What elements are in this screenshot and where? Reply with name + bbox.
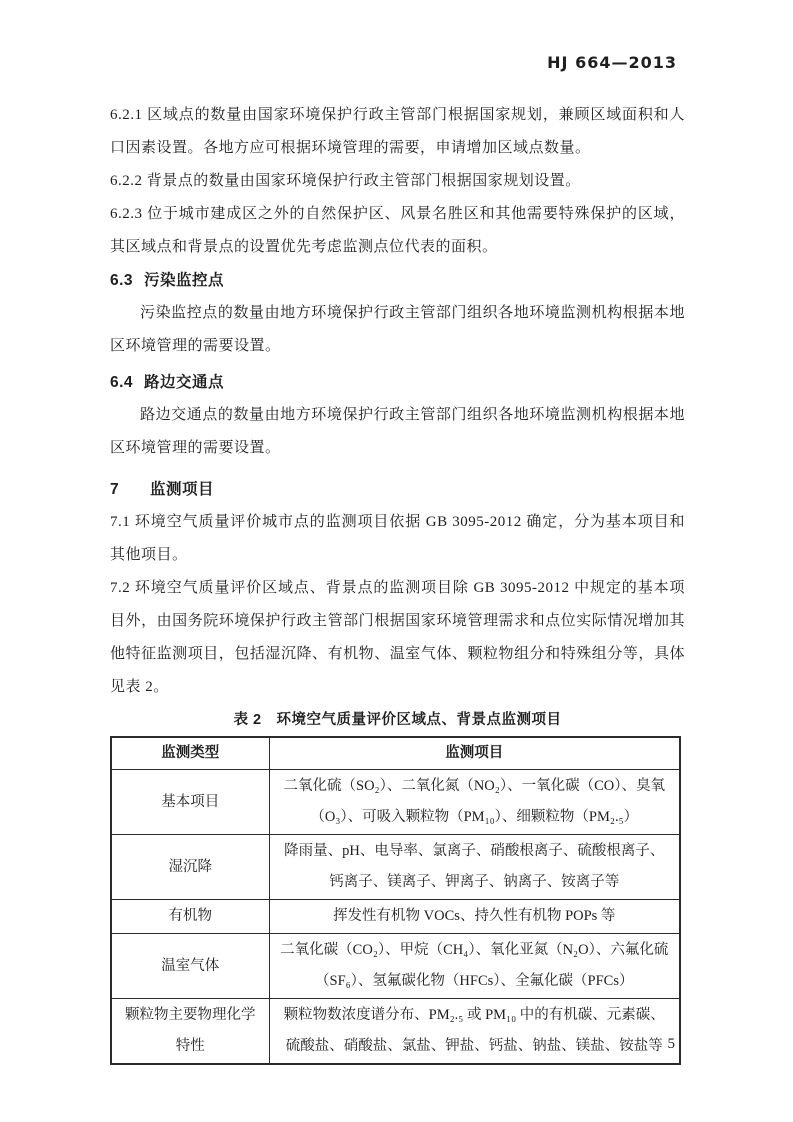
column-header-items: 监测项目 [269, 737, 680, 770]
cell-monitor-type: 基本项目 [111, 770, 269, 835]
cell-monitor-items: 颗粒物数浓度谱分布、PM₂.₅ 或 PM₁₀ 中的有机碳、元素碳、硫酸盐、硝酸盐… [269, 999, 680, 1065]
table-caption: 表 2 环境空气质量评价区域点、背景点监测项目 [110, 704, 685, 736]
table-header-row: 监测类型 监测项目 [111, 737, 680, 770]
cell-monitor-items: 二氧化碳（CO₂）、甲烷（CH₄）、氧化亚氮（N₂O）、六氟化硫（SF₆）、氢氟… [269, 934, 680, 999]
page-content: 6.2.1 区域点的数量由国家环境保护行政主管部门根据国家规划，兼顾区域面积和人… [110, 99, 685, 1065]
table-row: 有机物 挥发性有机物 VOCs、持久性有机物 POPs 等 [111, 900, 680, 934]
table-row: 基本项目 二氧化硫（SO₂）、二氧化氮（NO₂）、一氧化碳（CO）、臭氧（O₃）… [111, 770, 680, 835]
table-row: 颗粒物主要物理化学特性 颗粒物数浓度谱分布、PM₂.₅ 或 PM₁₀ 中的有机碳… [111, 999, 680, 1065]
paragraph-6-3: 污染监控点的数量由地方环境保护行政主管部门组织各地环境监测机构根据本地区环境管理… [110, 297, 685, 363]
table-row: 湿沉降 降雨量、pH、电导率、氯离子、硝酸根离子、硫酸根离子、钙离子、镁离子、钾… [111, 835, 680, 900]
clause-6-2-1: 6.2.1 区域点的数量由国家环境保护行政主管部门根据国家规划，兼顾区域面积和人… [110, 99, 685, 165]
column-header-type: 监测类型 [111, 737, 269, 770]
heading-6-3: 6.3污染监控点 [110, 264, 685, 297]
heading-number: 6.4 [110, 366, 144, 399]
heading-title: 路边交通点 [144, 374, 224, 391]
cell-monitor-items: 二氧化硫（SO₂）、二氧化氮（NO₂）、一氧化碳（CO）、臭氧（O₃）、可吸入颗… [269, 770, 680, 835]
doc-code-header: HJ 664—2013 [547, 53, 677, 72]
paragraph-6-4: 路边交通点的数量由地方环境保护行政主管部门组织各地环境监测机构根据本地区环境管理… [110, 399, 685, 465]
heading-number: 7 [110, 473, 150, 506]
heading-7: 7监测项目 [110, 473, 685, 506]
clause-7-1: 7.1 环境空气质量评价城市点的监测项目依据 GB 3095-2012 确定，分… [110, 506, 685, 572]
cell-monitor-items: 降雨量、pH、电导率、氯离子、硝酸根离子、硫酸根离子、钙离子、镁离子、钾离子、钠… [269, 835, 680, 900]
document-page: HJ 664—2013 6.2.1 区域点的数量由国家环境保护行政主管部门根据国… [0, 0, 793, 1122]
heading-6-4: 6.4路边交通点 [110, 366, 685, 399]
table-row: 温室气体 二氧化碳（CO₂）、甲烷（CH₄）、氧化亚氮（N₂O）、六氟化硫（SF… [111, 934, 680, 999]
heading-number: 6.3 [110, 264, 144, 297]
heading-title: 污染监控点 [144, 272, 224, 289]
clause-6-2-3: 6.2.3 位于城市建成区之外的自然保护区、风景名胜区和其他需要特殊保护的区域，… [110, 198, 685, 264]
monitoring-items-table: 监测类型 监测项目 基本项目 二氧化硫（SO₂）、二氧化氮（NO₂）、一氧化碳（… [110, 736, 681, 1065]
heading-title: 监测项目 [150, 481, 214, 498]
cell-monitor-type: 有机物 [111, 900, 269, 934]
clause-7-2: 7.2 环境空气质量评价区域点、背景点的监测项目除 GB 3095-2012 中… [110, 572, 685, 704]
clause-6-2-2: 6.2.2 背景点的数量由国家环境保护行政主管部门根据国家规划设置。 [110, 165, 685, 198]
cell-monitor-type: 温室气体 [111, 934, 269, 999]
page-number: 5 [668, 1036, 676, 1053]
cell-monitor-type: 颗粒物主要物理化学特性 [111, 999, 269, 1065]
cell-monitor-type: 湿沉降 [111, 835, 269, 900]
cell-monitor-items: 挥发性有机物 VOCs、持久性有机物 POPs 等 [269, 900, 680, 934]
